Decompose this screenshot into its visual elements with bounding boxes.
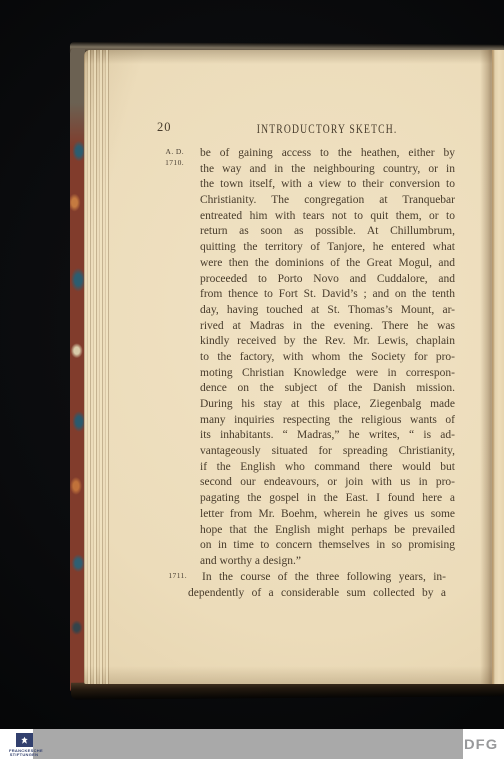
body-paragraph-2: In the course of the three following yea…	[188, 570, 446, 601]
text-line: pagating the gospel in the East. I found…	[200, 491, 455, 507]
francke-logo-text-line: STIFTUNGEN	[9, 753, 39, 757]
text-line: kindly received by the Rev. Mr. Lewis, c…	[200, 334, 455, 350]
text-line: the town itself, with a view to their co…	[200, 177, 455, 193]
text-line: dependently of a considerable sum collec…	[188, 586, 446, 602]
scan-viewport: 20 INTRODUCTORY SKETCH. A. D. 1710. 1711…	[0, 0, 504, 759]
running-header: INTRODUCTORY SKETCH.	[200, 120, 455, 138]
text-line: letter from Mr. Boehm, wherein he gives …	[200, 507, 455, 523]
francke-logo-text: FRANCKESCHE STIFTUNGEN	[9, 749, 39, 757]
francke-foundations-logo: FRANCKESCHE STIFTUNGEN	[9, 733, 39, 757]
text-line: vantageously situated for spreading Chri…	[200, 444, 455, 460]
text-line: were then the dominions of the Great Mog…	[200, 256, 455, 272]
francke-logo-square	[16, 733, 33, 747]
margin-note-line: 1711.	[143, 571, 187, 582]
text-line: day, having touched at St. Thomas’s Moun…	[200, 303, 455, 319]
text-line: In the course of the three following yea…	[188, 570, 446, 586]
margin-note-date-1710: A. D. 1710.	[140, 147, 184, 168]
text-line: second our endeavours, or join with us i…	[200, 475, 455, 491]
text-line: hope that the English might perhaps be p…	[200, 523, 455, 539]
marbled-board-edge	[70, 48, 85, 692]
footer-gray-band	[33, 729, 463, 759]
page-number: 20	[157, 120, 172, 135]
text-line: its inhabitants. “ Madras,” he writes, “…	[200, 428, 455, 444]
margin-note-line: A. D.	[140, 147, 184, 158]
book-page: 20 INTRODUCTORY SKETCH. A. D. 1710. 1711…	[84, 50, 504, 684]
text-line: if the English who command there would b…	[200, 460, 455, 476]
text-line: proceeded to Porto Novo and Cuddalore, a…	[200, 272, 455, 288]
text-line: During his stay at this place, Ziegenbal…	[200, 397, 455, 413]
text-line: return as soon as possible. At Chillumbr…	[200, 224, 455, 240]
text-line: entreated him with tears not to quit the…	[200, 209, 455, 225]
text-line: on in time to concern themselves in so p…	[200, 538, 455, 554]
facing-page-edge	[492, 50, 504, 684]
text-line: and worthy a design.”	[200, 554, 455, 570]
text-line: the way and in the neighbouring country,…	[200, 162, 455, 178]
text-line: dence on the subject of the Danish missi…	[200, 381, 455, 397]
text-line: to the factory, with whom the Society fo…	[200, 350, 455, 366]
text-line: moting Christian Knowledge were in corre…	[200, 366, 455, 382]
footer-bar: FRANCKESCHE STIFTUNGEN DFG	[0, 729, 504, 759]
francke-emblem-icon	[20, 736, 29, 745]
margin-note-date-1711: 1711.	[143, 571, 187, 582]
text-line: from thence to Fort St. David’s ; and on…	[200, 287, 455, 303]
running-header-text: INTRODUCTORY SKETCH.	[257, 121, 398, 137]
dfg-logo: DFG	[464, 736, 498, 752]
text-line: quitting the territory of Tanjore, he en…	[200, 240, 455, 256]
text-line: Christianity. The congregation at Tranqu…	[200, 193, 455, 209]
body-paragraph-1: be of gaining access to the heathen, eit…	[200, 146, 455, 570]
text-line: be of gaining access to the heathen, eit…	[200, 146, 455, 162]
margin-note-line: 1710.	[140, 158, 184, 169]
fore-edge-page-stack	[84, 50, 110, 684]
book-photograph: 20 INTRODUCTORY SKETCH. A. D. 1710. 1711…	[0, 0, 504, 729]
text-line: many inquiries respecting the religious …	[200, 413, 455, 429]
text-line: rived at Madras in the evening. There he…	[200, 319, 455, 335]
